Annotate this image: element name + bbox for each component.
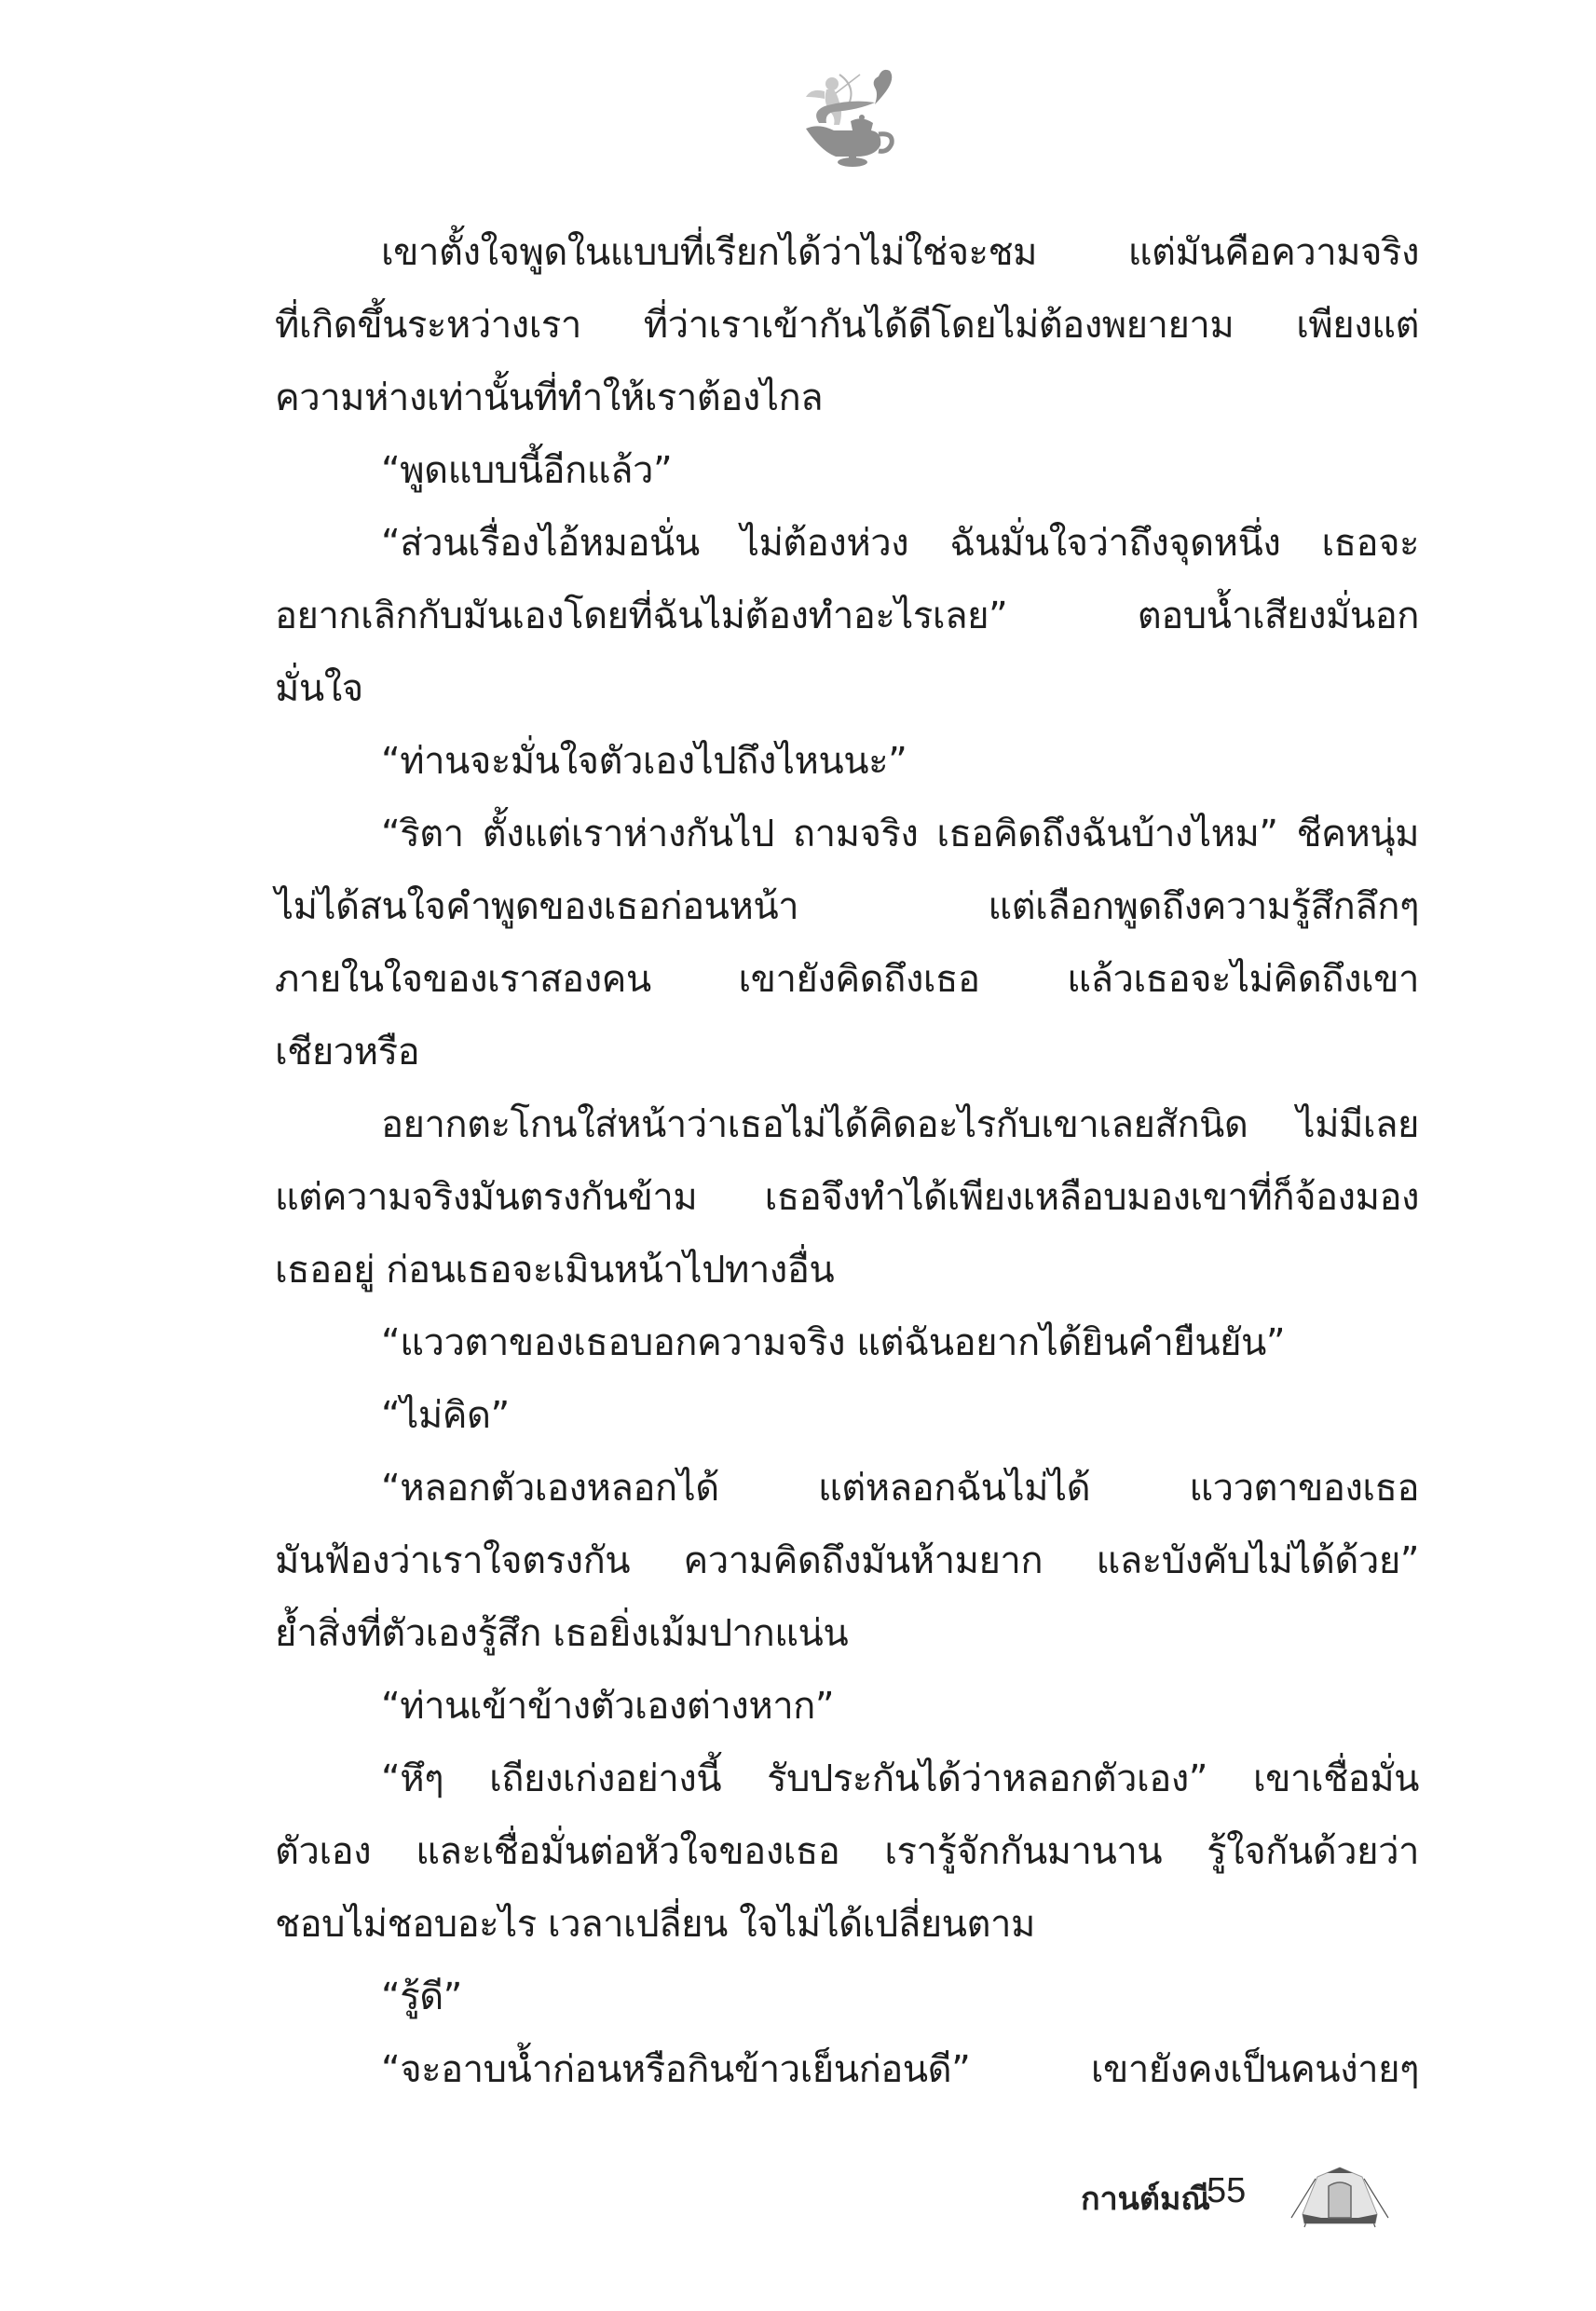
text-line: “แววตาของเธอบอกความจริง แต่ฉันอยากได้ยิน… (275, 1306, 1419, 1379)
text-line: ไม่ได้สนใจคำพูดของเธอก่อนหน้า แต่เลือกพู… (275, 870, 1419, 943)
book-page: เขาตั้งใจพูดในแบบที่เรียกได้ว่าไม่ใช่จะช… (0, 0, 1596, 2311)
text-line: เชียวหรือ (275, 1016, 1419, 1088)
text-line: “ริตา ตั้งแต่เราห่างกันไป ถามจริง เธอคิด… (275, 798, 1419, 870)
text-line: มันฟ้องว่าเราใจตรงกัน ความคิดถึงมันห้ามย… (275, 1525, 1419, 1597)
text-line: มั่นใจ (275, 652, 1419, 725)
tent-icon (1284, 2160, 1396, 2230)
text-line: “ไม่คิด” (275, 1379, 1419, 1452)
text-line: เขาตั้งใจพูดในแบบที่เรียกได้ว่าไม่ใช่จะช… (275, 216, 1419, 289)
text-line: “จะอาบน้ำก่อนหรือกินข้าวเย็นก่อนดี” เขาย… (275, 2033, 1419, 2106)
text-line: “ส่วนเรื่องไอ้หมอนั่น ไม่ต้องห่วง ฉันมั่… (275, 507, 1419, 580)
page-footer: กานต์มณี 55 (1081, 2160, 1472, 2235)
text-line: เธออยู่ ก่อนเธอจะเมินหน้าไปทางอื่น (275, 1234, 1419, 1306)
text-line: ภายในใจของเราสองคน เขายังคิดถึงเธอ แล้วเ… (275, 943, 1419, 1016)
text-line: ย้ำสิ่งที่ตัวเองรู้สึก เธอยิ่งเม้มปากแน่… (275, 1597, 1419, 1670)
running-title: กานต์มณี (1081, 2173, 1210, 2223)
text-line: อยากตะโกนใส่หน้าว่าเธอไม่ได้คิดอะไรกับเข… (275, 1088, 1419, 1161)
magic-lamp-cupid-icon (778, 56, 908, 168)
text-line: แต่ความจริงมันตรงกันข้าม เธอจึงทำได้เพีย… (275, 1161, 1419, 1234)
text-line: ตัวเอง และเชื่อมั่นต่อหัวใจของเธอ เรารู้… (275, 1815, 1419, 1888)
text-line: ชอบไม่ชอบอะไร เวลาเปลี่ยน ใจไม่ได้เปลี่ย… (275, 1888, 1419, 1961)
text-line: “ท่านจะมั่นใจตัวเองไปถึงไหนนะ” (275, 725, 1419, 798)
text-line: “ท่านเข้าข้างตัวเองต่างหาก” (275, 1670, 1419, 1743)
text-line: ความห่างเท่านั้นที่ทำให้เราต้องไกล (275, 362, 1419, 434)
text-line: “หลอกตัวเองหลอกได้ แต่หลอกฉันไม่ได้ แววต… (275, 1452, 1419, 1525)
chapter-body-text: เขาตั้งใจพูดในแบบที่เรียกได้ว่าไม่ใช่จะช… (275, 216, 1419, 2106)
text-line: “หึๆ เถียงเก่งอย่างนี้ รับประกันได้ว่าหล… (275, 1743, 1419, 1815)
text-line: “รู้ดี” (275, 1961, 1419, 2033)
text-line: ที่เกิดขึ้นระหว่างเรา ที่ว่าเราเข้ากันได… (275, 289, 1419, 362)
page-number: 55 (1207, 2171, 1246, 2211)
text-line: “พูดแบบนี้อีกแล้ว” (275, 434, 1419, 507)
text-line: อยากเลิกกับมันเองโดยที่ฉันไม่ต้องทำอะไรเ… (275, 580, 1419, 652)
